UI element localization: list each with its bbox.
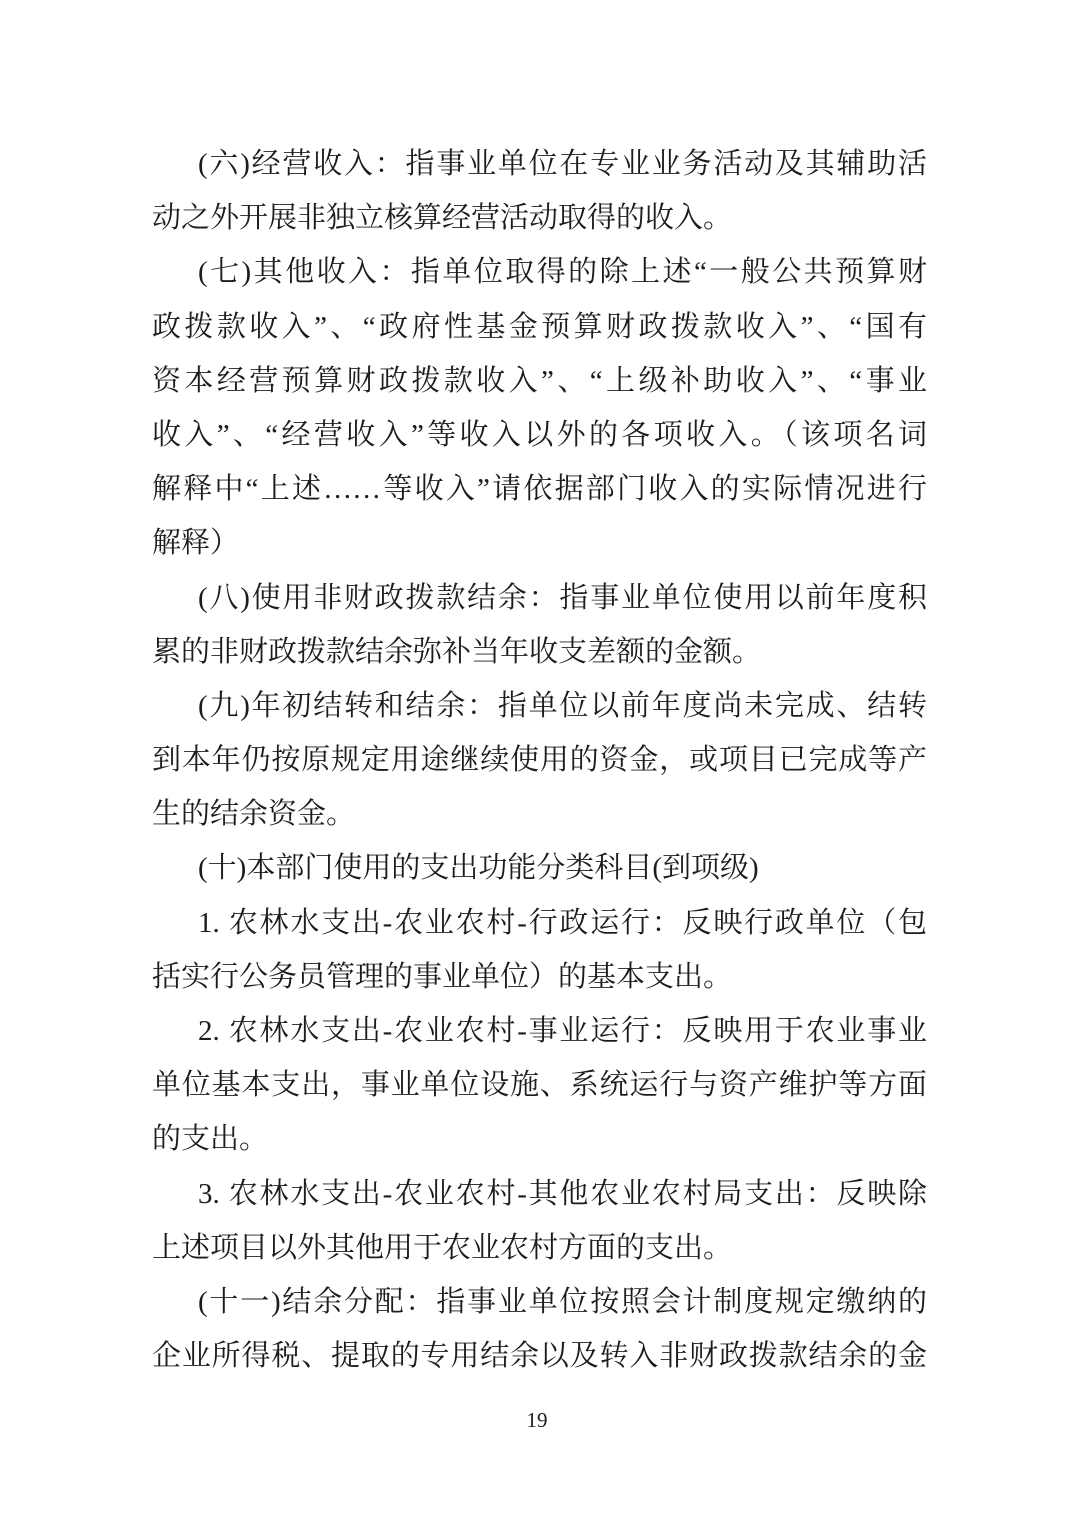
text-line: 解释中“上述……等收入”请依据部门收入的实际情况进行 xyxy=(152,462,927,516)
text-line: (十)本部门使用的支出功能分类科目(到项级) xyxy=(152,841,927,895)
text-line: 政拨款收入”、“政府性基金预算财政拨款收入”、“国有 xyxy=(152,300,927,354)
text-line: (六)经营收入：指事业单位在专业业务活动及其辅助活 xyxy=(152,137,927,191)
document-body: (六)经营收入：指事业单位在专业业务活动及其辅助活动之外开展非独立核算经营活动取… xyxy=(152,137,927,1383)
text-line: 3. 农林水支出-农业农村-其他农业农村局支出：反映除 xyxy=(152,1167,927,1221)
text-line: (十一)结余分配：指事业单位按照会计制度规定缴纳的 xyxy=(152,1275,927,1329)
text-line: 2. 农林水支出-农业农村-事业运行：反映用于农业事业 xyxy=(152,1004,927,1058)
text-line: (七)其他收入：指单位取得的除上述“一般公共预算财 xyxy=(152,245,927,299)
text-line: 的支出。 xyxy=(152,1112,927,1166)
text-line: 单位基本支出，事业单位设施、系统运行与资产维护等方面 xyxy=(152,1058,927,1112)
text-line: 动之外开展非独立核算经营活动取得的收入。 xyxy=(152,191,927,245)
page-number: 19 xyxy=(0,1405,1074,1435)
text-line: 1. 农林水支出-农业农村-行政运行：反映行政单位（包 xyxy=(152,896,927,950)
text-line: 企业所得税、提取的专用结余以及转入非财政拨款结余的金 xyxy=(152,1329,927,1383)
text-line: 生的结余资金。 xyxy=(152,787,927,841)
text-line: (八)使用非财政拨款结余：指事业单位使用以前年度积 xyxy=(152,571,927,625)
text-line: 收入”、“经营收入”等收入以外的各项收入。（该项名词 xyxy=(152,408,927,462)
text-line: (九)年初结转和结余：指单位以前年度尚未完成、结转 xyxy=(152,679,927,733)
text-line: 上述项目以外其他用于农业农村方面的支出。 xyxy=(152,1221,927,1275)
page: (六)经营收入：指事业单位在专业业务活动及其辅助活动之外开展非独立核算经营活动取… xyxy=(0,0,1074,1520)
text-line: 到本年仍按原规定用途继续使用的资金，或项目已完成等产 xyxy=(152,733,927,787)
text-line: 资本经营预算财政拨款收入”、“上级补助收入”、“事业 xyxy=(152,354,927,408)
text-line: 括实行公务员管理的事业单位）的基本支出。 xyxy=(152,950,927,1004)
text-line: 解释） xyxy=(152,516,927,570)
text-line: 累的非财政拨款结余弥补当年收支差额的金额。 xyxy=(152,625,927,679)
